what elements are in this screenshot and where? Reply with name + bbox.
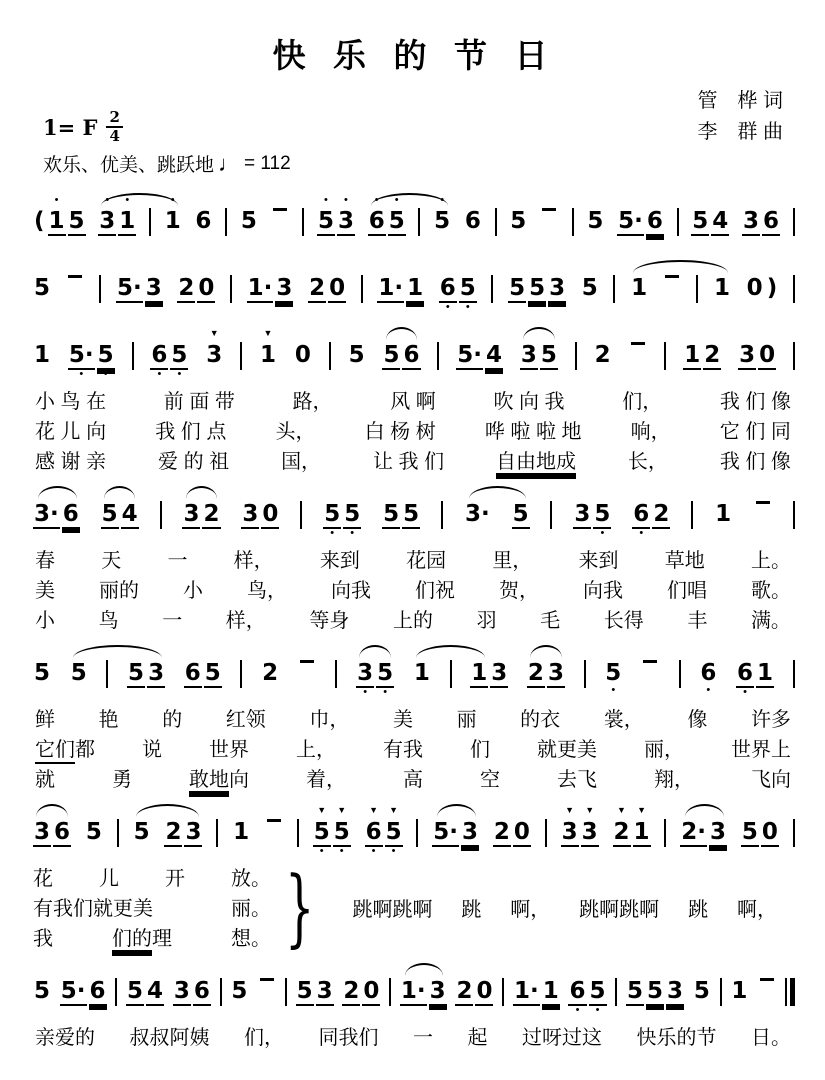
lyric-segment: 有我们就更美: [33, 897, 153, 922]
note-digit: 1: [756, 660, 774, 688]
lyric-segment: 一: [413, 1026, 433, 1051]
note: [257, 963, 276, 994]
bar-stroke: [418, 208, 420, 236]
note: ▼3: [561, 804, 579, 860]
accent-icon: ▼: [565, 804, 574, 819]
note: 5: [204, 645, 222, 701]
barline: [216, 819, 218, 847]
beat-group: [540, 193, 559, 224]
note-digit: 5: [317, 208, 335, 236]
note: 5: [348, 327, 366, 381]
note-digit: 3: [429, 978, 447, 1006]
note: •3: [337, 193, 355, 249]
note-digit: 5: [589, 978, 607, 1006]
lyric-segment: 就更美: [537, 738, 597, 763]
note: 0: [746, 260, 764, 314]
lyric-segment: 花: [33, 867, 53, 892]
barline: [793, 819, 795, 847]
note: 2: [703, 327, 721, 383]
note-digit: 5: [133, 819, 151, 845]
bar-stroke: [450, 660, 452, 688]
accent-icon: ▼: [317, 804, 326, 819]
notes-line: (•15•3•1•165•5•3•6•5•56555·65436: [33, 193, 795, 249]
barline: [106, 660, 108, 688]
barline: [220, 978, 222, 1006]
note-digit: 6: [632, 501, 650, 529]
lyric-segment: 让 我 们: [373, 450, 444, 475]
barline: [545, 819, 547, 847]
lyric-segment: 来到: [320, 549, 360, 574]
lyric-line: 美丽的小鸟，向我们祝贺，向我们唱歌。: [35, 579, 791, 604]
note: 5•: [97, 327, 115, 383]
system-2: 55·3201·3201·16•5•5535110): [33, 260, 795, 316]
note-digit: 5: [343, 501, 361, 529]
note-digit: 3: [173, 978, 191, 1006]
accent-icon: ▼: [369, 804, 378, 819]
note-digit: 1: [232, 819, 250, 845]
note: ▼1: [259, 327, 277, 381]
note-digit: 0: [362, 978, 380, 1006]
barline: [225, 208, 227, 236]
octave-dot-low: •: [706, 686, 710, 699]
note-digit: 5: [508, 275, 526, 303]
note: 0: [328, 260, 346, 316]
bar-stroke: [230, 275, 232, 303]
beat-group: 5·4: [456, 327, 503, 383]
note-digit: 6: [439, 275, 457, 303]
lyrics: 鲜艳的红领巾，美丽的衣裳，像许多它们都说世界上，有我们就更美丽，世界上就勇敢地向…: [33, 701, 795, 793]
beat-group: 5: [33, 260, 51, 314]
lyric-segment: 我 们 像: [720, 390, 791, 415]
lyric-segment: 就: [35, 768, 55, 793]
note: 5: [33, 260, 51, 314]
note: 3: [548, 260, 566, 316]
bar-stroke: [149, 208, 151, 236]
lyric-segment: 长，: [628, 450, 668, 475]
lyric-segment: 春: [35, 549, 55, 574]
lyrics: 春天一样，来到花园里，来到草地上。美丽的小鸟，向我们祝贺，向我们唱歌。小鸟一样，…: [33, 542, 795, 634]
barline: [615, 978, 617, 1006]
bar-stroke: [550, 501, 552, 529]
note: 0: [761, 804, 779, 860]
system-7: 55·65436553201·3201·16•5•55351亲爱的叔叔阿姨们，同…: [33, 963, 795, 1051]
lyric-segment: 歌。: [751, 579, 791, 604]
lyric-segment: 鲜: [35, 708, 55, 733]
octave-dot-low: •: [177, 370, 181, 383]
octave-dot-low: •: [363, 688, 367, 701]
bar-stroke: [216, 819, 218, 847]
barline: [572, 208, 574, 236]
note: 4: [711, 193, 729, 249]
note-digit: [264, 819, 283, 822]
lyric-segment: 世界: [209, 738, 249, 763]
bar-stroke: [117, 819, 119, 847]
lyric-segment: 儿: [99, 867, 119, 892]
bar-stroke: [220, 978, 222, 1006]
final-barline: [785, 978, 795, 1006]
note-digit: 3: [205, 342, 223, 368]
lyric-run: 理: [152, 928, 172, 950]
note: 0: [362, 963, 380, 1019]
lyric-segment: 起: [468, 1026, 488, 1051]
barline: [677, 208, 679, 236]
barline: [302, 208, 304, 236]
note-digit: [641, 660, 660, 663]
barline: [720, 978, 722, 1006]
lyric-segment: 飞向: [751, 768, 791, 793]
note-digit: 3: [275, 275, 293, 303]
lyric-segment: 鸟，: [247, 579, 287, 604]
barline: [115, 978, 117, 1006]
note-digit: 3: [461, 819, 479, 847]
tempo-value: = 112: [244, 153, 291, 175]
note-digit: 1: [33, 342, 51, 368]
beat-group: [298, 645, 317, 676]
barline: [389, 978, 391, 1006]
note-digit: 5: [382, 501, 400, 529]
bar-stroke: [615, 978, 617, 1006]
accent-icon: ▼: [337, 804, 346, 819]
beat-group: 5: [693, 963, 711, 1017]
note: [66, 260, 85, 291]
beat-group: 1·1: [377, 260, 424, 316]
barline: [240, 342, 242, 370]
barline: [117, 819, 119, 847]
beat-group: [257, 963, 276, 994]
note: 6: [464, 193, 482, 247]
note: 4: [485, 327, 503, 383]
bar-stroke: [664, 342, 666, 370]
lyric-segment: 吹 向 我: [493, 390, 564, 415]
note-digit: 1: [164, 208, 182, 234]
note-digit: 5: [586, 208, 604, 234]
lyric-segment: 同我们: [319, 1026, 379, 1051]
lyric-segment: 丽。: [231, 897, 271, 922]
barline: [240, 660, 242, 688]
barline: [696, 275, 698, 303]
note-digit: [66, 275, 85, 278]
lyric-segment: 向我: [331, 579, 371, 604]
note-digit: 5: [433, 208, 451, 234]
bar-stroke: [99, 275, 101, 303]
note-digit: 1·: [400, 978, 427, 1006]
note: 6•: [632, 486, 650, 542]
note: 2: [594, 327, 612, 381]
barline: [584, 660, 586, 688]
note: 6: [89, 963, 107, 1019]
beat-group: 5•: [604, 645, 622, 699]
lyricist-credit: 管 桦 词: [697, 86, 783, 117]
lyric-segment: 天: [101, 549, 121, 574]
brace: }: [285, 864, 314, 950]
beat-group: •5•3: [317, 193, 355, 249]
note: 6•: [699, 645, 717, 699]
note-digit: 5: [348, 342, 366, 368]
octave-dot-low: •: [383, 688, 387, 701]
lyric-segment: 它 们 同: [720, 420, 791, 445]
note-digit: 5: [101, 501, 119, 529]
lyric-segment: 美: [393, 708, 413, 733]
octave-dot-high: •: [324, 193, 328, 208]
note: 5·: [456, 327, 483, 383]
note: [628, 327, 647, 358]
note-digit: 0: [758, 342, 776, 370]
lyric-segment: 我 们 像: [720, 450, 791, 475]
note: 2: [652, 486, 670, 542]
lyric-segment: 有我: [383, 738, 423, 763]
note-digit: 1: [542, 978, 560, 1006]
note: 6•: [439, 260, 457, 316]
lyric-segment: 放。: [231, 867, 271, 892]
lyric-run: 自由地成: [496, 451, 576, 475]
meter-denominator: 4: [109, 128, 119, 144]
notes-line: 55·3201·3201·16•5•5535110): [33, 260, 795, 316]
beat-group: 5·6: [617, 193, 664, 249]
beat-group: ▼3▼3: [561, 804, 599, 860]
note: 5: [126, 963, 144, 1019]
beat-group: ▼1: [259, 327, 277, 381]
beat-group: 5·6: [60, 963, 107, 1019]
beat-group: 35•: [573, 486, 611, 542]
note-digit: 5: [33, 275, 51, 301]
bar-stroke: [575, 342, 577, 370]
note: [641, 645, 660, 676]
beat-group: 5: [230, 963, 248, 1017]
beat-group: [757, 963, 776, 994]
bar-stroke: [437, 342, 439, 370]
notes-line: 3·65432305•5•553·535•6•21: [33, 486, 795, 542]
accent-icon: ▼: [617, 804, 626, 819]
note-digit: 3: [561, 819, 579, 847]
lyric-segment: 们的理: [112, 927, 172, 952]
beat-group: 12: [683, 327, 721, 383]
beat-group: 6•5•: [568, 963, 606, 1019]
note-digit: 3: [184, 819, 202, 847]
note: 0: [513, 804, 531, 860]
lyric-segment: 快乐的节: [637, 1026, 717, 1051]
note: 5·: [116, 260, 143, 316]
octave-dot-low: •: [104, 370, 108, 383]
note-digit: 3: [581, 819, 599, 847]
note: ▼3: [205, 327, 223, 381]
note-digit: 5: [581, 275, 599, 301]
lyric-line: 就勇敢地向着，高空去飞翔，飞向: [35, 768, 791, 793]
lyric-segment: 跳: [461, 893, 481, 922]
lyric-segment: 跳啊跳啊: [352, 893, 432, 922]
note-digit: 2: [164, 819, 182, 847]
lyric-segment: 里，: [492, 549, 532, 574]
note-digit: 1·: [513, 978, 540, 1006]
lyric-line: 花 儿 向我 们 点头，白 杨 树哗 啦 啦 地响，它 们 同: [35, 420, 791, 445]
note-digit: 4: [121, 501, 139, 529]
credits: 管 桦 词 李 群 曲: [697, 86, 783, 148]
octave-dot-low: •: [576, 1006, 580, 1019]
barline: [361, 275, 363, 303]
bar-stroke: [720, 978, 722, 1006]
note-digit: 5: [385, 819, 403, 847]
octave-dot-low: •: [639, 529, 643, 542]
note: 6•: [150, 327, 168, 383]
beat-group: ▼2▼1: [613, 804, 651, 860]
note-digit: [628, 342, 647, 345]
beat-group: ▼6•▼5•: [365, 804, 403, 860]
note-digit: 2: [493, 819, 511, 847]
note-digit: 2: [342, 978, 360, 1006]
lyric-segment: 跳: [688, 893, 708, 922]
note: 6: [762, 193, 780, 249]
note: 5: [691, 193, 709, 249]
note-digit: 1·: [377, 275, 404, 303]
note-digit: 1: [413, 660, 431, 686]
note: •1: [48, 193, 66, 249]
note: ▼5•: [385, 804, 403, 860]
lyric-segment: 想。: [231, 927, 271, 952]
note: ▼1: [633, 804, 651, 860]
lyric-segment: 花 儿 向: [35, 420, 106, 445]
note: ▼6•: [365, 804, 383, 860]
lyric-segment: 们唱: [667, 579, 707, 604]
note-digit: 2: [308, 275, 326, 303]
barline: [691, 501, 693, 529]
lyric-segment: 去飞: [557, 768, 597, 793]
expression-text: 欢乐、优美、跳跃地: [43, 150, 214, 177]
lyric-segment: 我 们 点: [155, 420, 226, 445]
note-digit: [540, 208, 559, 211]
barline: [613, 275, 615, 303]
lyric-segment: 日。: [751, 1026, 791, 1051]
note-digit: 3: [337, 208, 355, 236]
lyric-segment: 勇: [112, 768, 132, 793]
note-digit: 3: [490, 660, 508, 688]
barline: [285, 978, 287, 1006]
lyric-segment: 丽，: [644, 738, 684, 763]
barline: [575, 342, 577, 370]
beat-group: 5: [33, 645, 51, 699]
bar-stroke: [132, 342, 134, 370]
beat-group: 553: [626, 963, 684, 1019]
note-digit: 5·: [68, 342, 95, 370]
lyric-segment: 高: [403, 768, 423, 793]
lyric-line: 感 谢 亲爱 的 祖国，让 我 们自由地成长，我 们 像: [35, 450, 791, 475]
beat-group: 5·3: [116, 260, 163, 316]
note-digit: [753, 501, 772, 504]
note-digit: 5: [512, 501, 530, 529]
lyric-line: 鲜艳的红领巾，美丽的衣裳，像许多: [35, 708, 791, 733]
lyric-segment: 的: [162, 708, 182, 733]
note: 5·: [60, 963, 87, 1019]
lyric-run: 向: [229, 769, 249, 791]
beat-group: 5: [509, 193, 527, 247]
note: 5•: [604, 645, 622, 699]
note-digit: 5: [540, 342, 558, 370]
note-digit: 6: [736, 660, 754, 688]
note: 5: [581, 260, 599, 314]
lyric-segment: 向我: [583, 579, 623, 604]
note: 5: [693, 963, 711, 1017]
refrain-line: 跳啊跳啊跳啊，跳啊跳啊跳啊，: [326, 893, 795, 922]
lyric-segment: 样，: [226, 609, 266, 634]
lyric-line: 我们的理想。: [33, 927, 271, 952]
key-signature: 1= F 2 4: [43, 110, 795, 144]
note: 3: [145, 260, 163, 316]
note-digit: 2: [594, 342, 612, 368]
bar-stroke: [495, 208, 497, 236]
beat-group: 6•5•: [150, 327, 188, 383]
note: 5: [382, 486, 400, 542]
note-digit: 3: [147, 660, 165, 688]
note-digit: 1: [259, 342, 277, 368]
note-digit: 5·: [116, 275, 143, 303]
note-digit: 6: [464, 208, 482, 234]
note-digit: 5: [459, 275, 477, 303]
note: 1: [33, 327, 51, 381]
note-digit: 0: [475, 978, 493, 1006]
note: ): [766, 260, 779, 314]
beat-group: 53: [296, 963, 334, 1019]
octave-dot-low: •: [743, 688, 747, 701]
beat-group: 2: [261, 645, 279, 699]
beat-group: 54: [126, 963, 164, 1019]
lyric-run: 都: [75, 739, 95, 761]
note-digit: 5: [85, 819, 103, 845]
note-digit: 5: [626, 978, 644, 1006]
lyric-segment: 响，: [631, 420, 671, 445]
lyric-segment: 空: [480, 768, 500, 793]
note-digit: 5: [170, 342, 188, 370]
accent-icon: ▼: [389, 804, 398, 819]
note-digit: 3: [666, 978, 684, 1006]
note-digit: [257, 978, 276, 981]
note-digit: 6: [762, 208, 780, 236]
octave-dot-low: •: [350, 529, 354, 542]
barline: [132, 342, 134, 370]
note-digit: 5: [68, 208, 86, 236]
song-title: 快 乐 的 节 日: [33, 0, 795, 76]
lyric-segment: 说: [142, 738, 162, 763]
bar-stroke: [297, 819, 299, 847]
barline: [335, 660, 337, 688]
note-digit: 5·: [432, 819, 459, 847]
barline: [297, 819, 299, 847]
note-digit: 4: [146, 978, 164, 1006]
beat-group: ▼5•▼5•: [313, 804, 351, 860]
lyric-segment: 跳啊跳啊: [579, 893, 659, 922]
note-digit: 5: [593, 501, 611, 529]
note-digit: 5·: [617, 208, 644, 236]
octave-dot-low: •: [392, 847, 396, 860]
note-digit: [271, 208, 290, 211]
note-digit: 5: [741, 819, 759, 847]
beat-group: 20: [177, 260, 215, 316]
note-digit: 3: [742, 208, 760, 236]
note-digit: 5: [127, 660, 145, 688]
lyric-segment: 过呀过这: [522, 1026, 602, 1051]
note-digit: 6: [365, 819, 383, 847]
note: 0: [475, 963, 493, 1019]
score: (•15•3•1•165•5•3•6•5•56555·6543655·3201·…: [33, 193, 795, 1051]
note: ▼2: [613, 804, 631, 860]
note: 3: [275, 260, 293, 316]
note-digit: 3: [520, 342, 538, 370]
tempo-marking: 欢乐、优美、跳跃地 ♩ = 112: [43, 150, 795, 177]
note-digit: 5: [402, 501, 420, 529]
note-digit: 0: [197, 275, 215, 303]
beat-group: [271, 193, 290, 224]
note-digit: [298, 660, 317, 663]
beat-group: 20: [493, 804, 531, 860]
lyric-segment: 丰: [687, 609, 707, 634]
note-digit: 5: [646, 978, 664, 1006]
